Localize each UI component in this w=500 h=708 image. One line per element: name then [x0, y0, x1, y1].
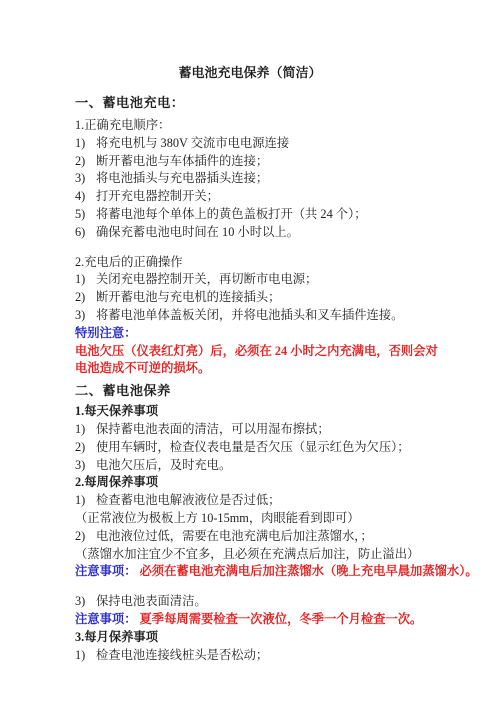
item-text: 保持蓄电池表面的清洁，可以用湿布擦拭；: [96, 422, 330, 436]
list-item: 2)断开蓄电池与充电机的连接插头；: [75, 289, 425, 307]
item-number: 1): [75, 271, 96, 289]
warning-text-line-1: 电池欠压（仪表红灯亮）后，必须在 24 小时之内充满电，否则会对: [75, 343, 425, 361]
item-text: 断开蓄电池与充电机的连接插头；: [96, 290, 280, 304]
list-item: 1)检查蓄电池电解液液位是否过低；: [75, 492, 425, 510]
list-item: 1)关闭充电器控制开关，再切断市电电源；: [75, 271, 425, 289]
item-number: 3): [75, 307, 96, 325]
list-item: 1)将充电机与 380V 交流市电电源连接: [75, 135, 425, 153]
list-item: 3)将蓄电池单体盖板关闭，并将电池插头和叉车插件连接。: [75, 307, 425, 325]
document-title: 蓄电池充电保养（简洁）: [75, 64, 425, 82]
parenthetical-note: （蒸馏水加注宜少不宜多，且必须在充满点后加注，防止溢出）: [75, 546, 425, 564]
item-number: 1): [75, 647, 96, 665]
item-number: 2): [75, 528, 96, 546]
item-number: 1): [75, 492, 96, 510]
item-text: 将充电机与 380V 交流市电电源连接: [96, 136, 289, 150]
charging-order-heading: 1.正确充电顺序：: [75, 117, 425, 135]
item-text: 检查蓄电池电解液液位是否过低；: [96, 493, 280, 507]
caution-label: 注意事项：: [75, 564, 137, 578]
item-number: 5): [75, 206, 96, 224]
caution-text: 必须在蓄电池充满电后加注蒸馏水（晚上充电早晨加蒸馏水）。: [140, 564, 478, 578]
list-item: 4)打开充电器控制开关；: [75, 188, 425, 206]
caution-line: 注意事项：夏季每周需要检查一次液位，冬季一个月检查一次。: [75, 611, 425, 629]
item-number: 3): [75, 457, 96, 475]
list-item: 2)使用车辆时，检查仪表电量是否欠压（显示红色为欠压）；: [75, 439, 425, 457]
special-note-label: 特别注意：: [75, 325, 425, 343]
list-item: 6)确保充蓄电池电时间在 10 小时以上。: [75, 224, 425, 242]
item-text: 电池液位过低，需要在电池充满电后加注蒸馏水，；: [96, 529, 373, 543]
list-item: 1)保持蓄电池表面的清洁，可以用湿布擦拭；: [75, 421, 425, 439]
item-number: 2): [75, 153, 96, 171]
item-text: 使用车辆时，检查仪表电量是否欠压（显示红色为欠压）；: [96, 440, 410, 454]
item-text: 电池欠压后，及时充电。: [96, 458, 231, 472]
list-item: 3)电池欠压后，及时充电。: [75, 457, 425, 475]
item-text: 将蓄电池单体盖板关闭，并将电池插头和叉车插件连接。: [96, 308, 403, 322]
item-number: 4): [75, 188, 96, 206]
list-item: 3)保持电池表面清洁。: [75, 593, 425, 611]
item-text: 确保充蓄电池电时间在 10 小时以上。: [96, 225, 299, 239]
item-text: 将蓄电池每个单体上的黄色盖板打开（共 24 个）；: [96, 207, 367, 221]
list-item: 1)检查电池连接线桩头是否松动；: [75, 647, 425, 665]
item-number: 2): [75, 439, 96, 457]
item-number: 3): [75, 170, 96, 188]
monthly-maintenance-heading: 3.每月保养事项: [75, 629, 425, 647]
item-text: 打开充电器控制开关；: [96, 189, 219, 203]
item-text: 断开蓄电池与车体插件的连接；: [96, 154, 268, 168]
item-text: 检查电池连接线桩头是否松动；: [96, 648, 268, 662]
item-text: 保持电池表面清洁。: [96, 594, 207, 608]
item-number: 6): [75, 224, 96, 242]
section-charging-heading: 一、蓄电池充电：: [75, 92, 425, 113]
list-item: 3)将电池插头与充电器插头连接；: [75, 170, 425, 188]
weekly-maintenance-heading: 2.每周保养事项: [75, 474, 425, 492]
parenthetical-note: （正常液位为极板上方 10-15mm，肉眼能看到即可）: [75, 510, 425, 528]
list-item: 2)断开蓄电池与车体插件的连接；: [75, 153, 425, 171]
daily-maintenance-heading: 1.每天保养事项: [75, 403, 425, 421]
document-page: 蓄电池充电保养（简洁） 一、蓄电池充电： 1.正确充电顺序： 1)将充电机与 3…: [0, 0, 500, 664]
item-number: 1): [75, 135, 96, 153]
caution-label: 注意事项：: [75, 612, 137, 626]
blank-line: [75, 242, 425, 254]
list-item: 5)将蓄电池每个单体上的黄色盖板打开（共 24 个）；: [75, 206, 425, 224]
blank-line: [75, 581, 425, 593]
item-number: 2): [75, 289, 96, 307]
section-maintenance-heading: 二、蓄电池保养: [75, 380, 425, 401]
item-text: 关闭充电器控制开关，再切断市电电源；: [96, 272, 317, 286]
warning-text-line-2: 电池造成不可逆的损坏。: [75, 360, 425, 378]
caution-line: 注意事项：必须在蓄电池充满电后加注蒸馏水（晚上充电早晨加蒸馏水）。: [75, 563, 425, 581]
item-number: 1): [75, 421, 96, 439]
charging-after-heading: 2.充电后的正确操作: [75, 254, 425, 272]
caution-text: 夏季每周需要检查一次液位，冬季一个月检查一次。: [140, 612, 423, 626]
list-item: 2)电池液位过低，需要在电池充满电后加注蒸馏水，；: [75, 528, 425, 546]
item-number: 3): [75, 593, 96, 611]
item-text: 将电池插头与充电器插头连接；: [96, 171, 268, 185]
